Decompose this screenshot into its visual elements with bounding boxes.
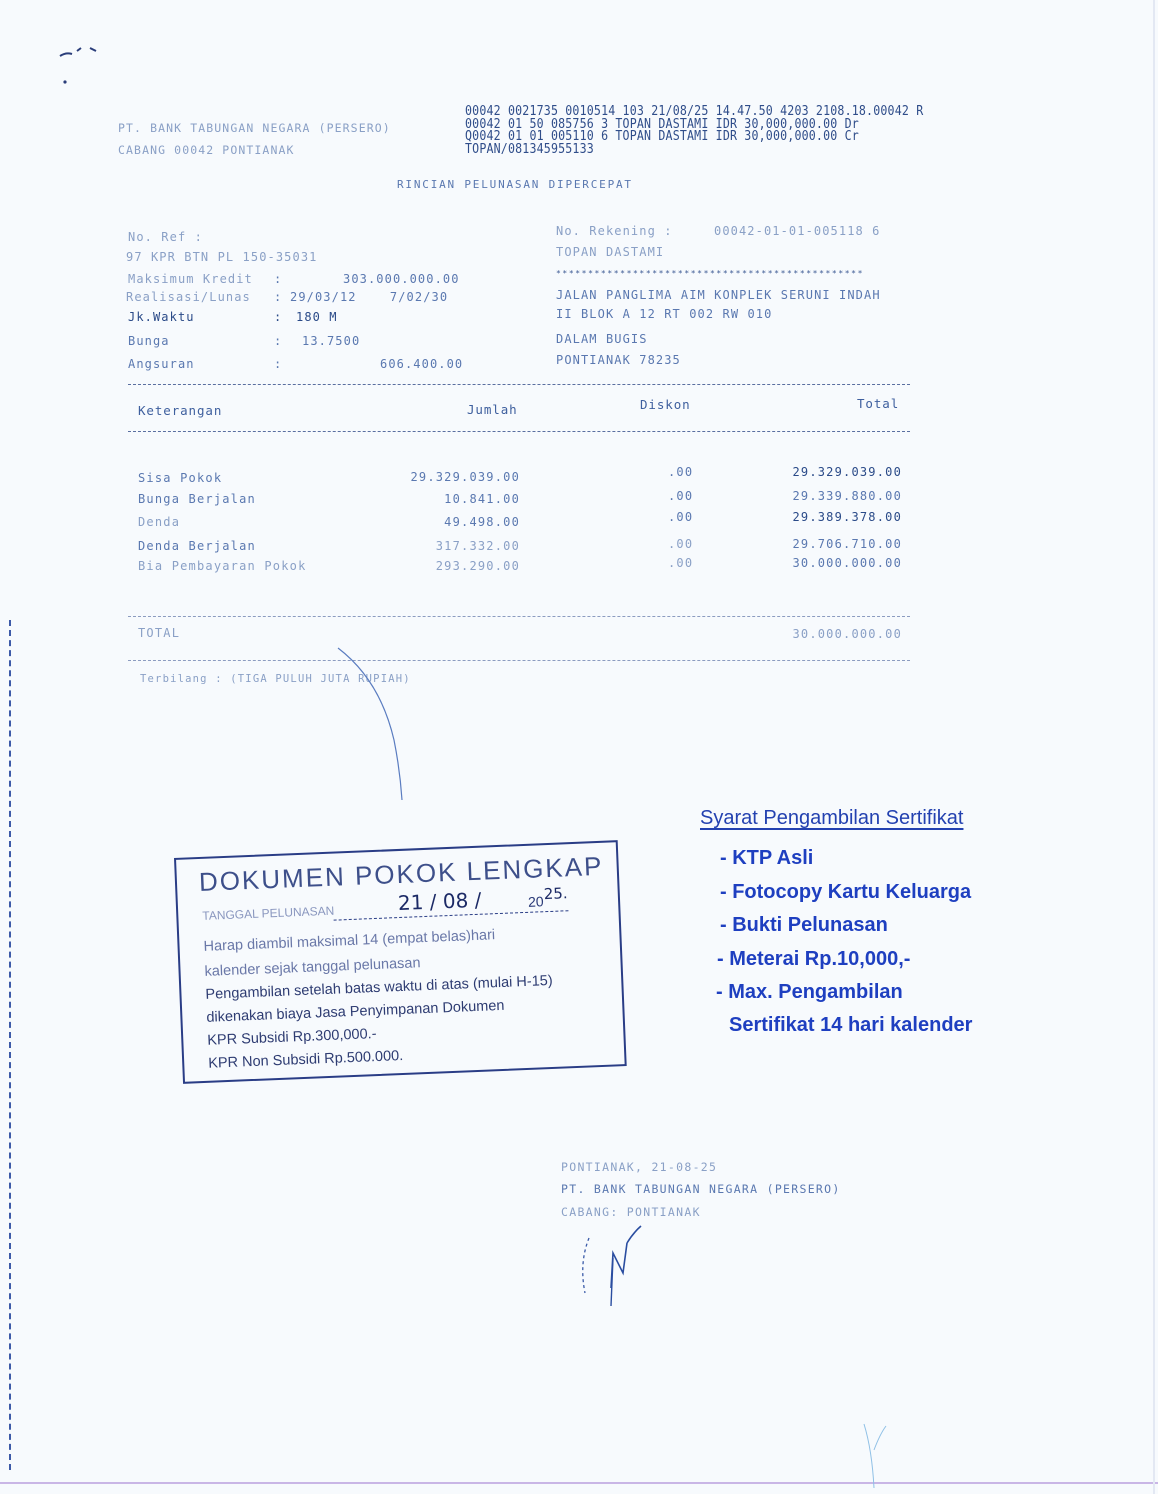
installment-value: 606.400.00 — [380, 357, 463, 371]
cell-keterangan: Denda — [138, 515, 180, 529]
separator-colon: : — [274, 357, 282, 371]
total-bottom-rule — [128, 660, 910, 661]
stamp-year-handwritten: 25. — [543, 884, 568, 903]
requirement-item: - Max. Pengambilan — [716, 981, 903, 1004]
cell-jumlah: 317.332.00 — [380, 539, 520, 553]
account-holder-name: TOPAN DASTAMI — [556, 245, 664, 259]
term-label: Jk.Waktu — [128, 310, 195, 324]
separator-colon: : — [274, 290, 282, 304]
scan-edge-right — [1153, 0, 1155, 1494]
cell-total: 29.329.039.00 — [760, 465, 902, 479]
realization-value: 29/03/12 7/02/30 — [290, 290, 448, 304]
stamp-year-prefix: 20 — [528, 893, 544, 910]
cell-jumlah: 29.329.039.00 — [380, 470, 520, 484]
bank-name: PT. BANK TABUNGAN NEGARA (PERSERO) — [118, 117, 391, 139]
term-value: 180 M — [296, 310, 338, 324]
column-header-keterangan: Keterangan — [138, 403, 222, 418]
handwritten-signature — [571, 1218, 651, 1308]
installment-label: Angsuran — [128, 357, 195, 371]
requirement-item: - Meterai Rp.10,000,- — [717, 948, 910, 971]
requirement-item: - Fotocopy Kartu Keluarga — [720, 881, 971, 904]
stamp-date-label: TANGGAL PELUNASAN — [202, 904, 335, 923]
cell-diskon: .00 — [668, 510, 693, 524]
cell-total: 29.339.880.00 — [760, 489, 902, 503]
account-label: No. Rekening : — [556, 224, 673, 238]
separator-colon: : — [274, 334, 282, 348]
max-credit-label: Maksimum Kredit — [128, 272, 253, 286]
scan-edge-bottom — [0, 1482, 1158, 1484]
total-label: TOTAL — [138, 626, 180, 640]
cell-total: 29.706.710.00 — [760, 537, 902, 551]
account-number: 00042-01-01-005118 6 — [714, 224, 881, 238]
address-line: DALAM BUGIS — [556, 332, 648, 346]
scan-edge-left — [9, 620, 11, 1470]
table-top-rule — [128, 384, 910, 385]
cell-keterangan: Sisa Pokok — [138, 471, 222, 485]
separator-stars: ****************************************… — [556, 269, 864, 278]
requirement-item: Sertifikat 14 hari kalender — [729, 1014, 972, 1037]
total-value: 30.000.000.00 — [760, 627, 902, 641]
address-line: JALAN PANGLIMA AIM KONPLEK SERUNI INDAH — [556, 288, 881, 302]
interest-value: 13.7500 — [302, 334, 360, 348]
stamp-line: KPR Subsidi Rp.300,000.- — [207, 1026, 377, 1049]
signature-branch: CABANG: PONTIANAK — [561, 1205, 701, 1219]
cell-jumlah: 10.841.00 — [380, 492, 520, 506]
stamp-line: Harap diambil maksimal 14 (empat belas)h… — [203, 927, 495, 955]
transaction-line: TOPAN/081345955133 — [465, 143, 923, 156]
stamp-date-handwritten: 21 / 08 / — [398, 888, 482, 915]
place-date: PONTIANAK, 21-08-25 — [561, 1160, 717, 1174]
cell-keterangan: Denda Berjalan — [138, 539, 256, 553]
cell-jumlah: 293.290.00 — [380, 559, 520, 573]
scan-speck-mark — [55, 42, 115, 92]
requirement-item: - Bukti Pelunasan — [720, 914, 888, 937]
cell-diskon: .00 — [668, 556, 693, 570]
stamp-line: dikenakan biaya Jasa Penyimpanan Dokumen — [206, 998, 505, 1026]
signature-bank: PT. BANK TABUNGAN NEGARA (PERSERO) — [561, 1182, 841, 1196]
ref-value: 97 KPR BTN PL 150-35031 — [126, 250, 317, 264]
interest-label: Bunga — [128, 334, 170, 348]
cell-diskon: .00 — [668, 537, 693, 551]
stamp-line: KPR Non Subsidi Rp.500.000. — [208, 1048, 404, 1072]
max-credit-value: 303.000.000.00 — [343, 272, 460, 286]
column-header-jumlah: Jumlah — [467, 402, 518, 417]
total-top-rule — [128, 616, 910, 617]
column-header-diskon: Diskon — [640, 397, 691, 412]
certificate-requirements: Syarat Pengambilan Sertifikat - KTP Asli… — [700, 807, 963, 830]
document-title: RINCIAN PELUNASAN DIPERCEPAT — [397, 178, 633, 191]
separator-colon: : — [274, 272, 282, 286]
pen-mark — [860, 1420, 890, 1490]
separator-colon: : — [274, 310, 282, 324]
pen-stroke — [330, 640, 420, 810]
cell-diskon: .00 — [668, 489, 693, 503]
cell-keterangan: Bunga Berjalan — [138, 492, 256, 506]
address-line: PONTIANAK 78235 — [556, 353, 681, 367]
address-line: II BLOK A 12 RT 002 RW 010 — [556, 307, 772, 321]
cell-diskon: .00 — [668, 465, 693, 479]
requirements-title: Syarat Pengambilan Sertifikat — [700, 807, 963, 830]
cell-jumlah: 49.498.00 — [380, 515, 520, 529]
cell-total: 30.000.000.00 — [760, 556, 902, 570]
bank-header: PT. BANK TABUNGAN NEGARA (PERSERO) CABAN… — [118, 117, 391, 161]
cell-total: 29.389.378.00 — [760, 510, 902, 524]
cell-keterangan: Bia Pembayaran Pokok — [138, 559, 307, 573]
realization-label: Realisasi/Lunas — [126, 290, 251, 304]
column-header-total: Total — [857, 396, 899, 411]
requirement-item: - KTP Asli — [720, 847, 813, 870]
transaction-validation-block: 00042 0021735 0010514 103 21/08/25 14.47… — [465, 105, 923, 155]
bank-branch: CABANG 00042 PONTIANAK — [118, 139, 391, 161]
document-complete-stamp: DOKUMEN POKOK LENGKAP TANGGAL PELUNASAN … — [174, 840, 627, 1084]
stamp-line: kalender sejak tanggal pelunasan — [204, 955, 421, 980]
ref-label: No. Ref : — [128, 230, 203, 244]
table-header-rule — [128, 431, 910, 432]
